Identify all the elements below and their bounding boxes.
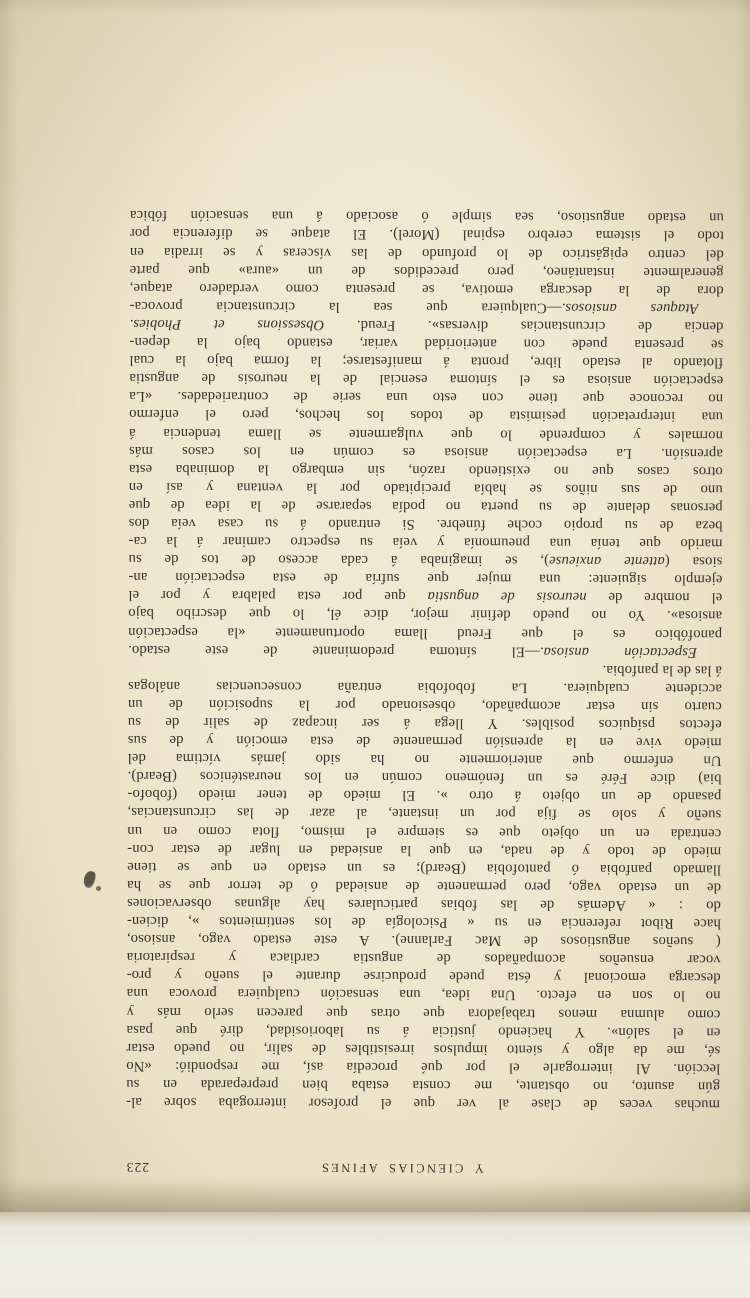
- text-line: todo el sistema cerebro espinal (Morel).…: [130, 224, 724, 245]
- text-line: normales y comprende lo que vulgarmente …: [129, 423, 723, 444]
- text-line: lección. Al interrogarle el por qué proc…: [126, 1057, 720, 1078]
- text-line: descarga emocional y ésta puede producir…: [127, 966, 721, 987]
- text-line: ansiosa». Yo no puedo definir mejor, dic…: [128, 604, 722, 625]
- text-line: Un enfermo que anteriormente no ha sido …: [127, 749, 721, 770]
- text-line: flotando al estado libre, pronta á manif…: [129, 351, 723, 372]
- text-line: Espectación ansiosa.—El síntoma predomin…: [128, 640, 722, 661]
- text-line: sé, me da algo y siento impulsos irresis…: [126, 1039, 720, 1060]
- text-line: aprensión. La espectación ansiosa es com…: [129, 441, 723, 462]
- text-line: marido que tenía una pneumonía y veía su…: [128, 532, 722, 553]
- text-line: accidente cualquiera. La fobofobia entra…: [128, 677, 722, 698]
- page-edge-shadow: [0, 1178, 750, 1212]
- text-line: muchas veces de clase al ver que el prof…: [126, 1093, 720, 1114]
- text-line: gún asunto, no obstante, me consta estab…: [126, 1075, 720, 1096]
- text-line: cuarto sin estar acompañado, obsesionado…: [128, 695, 722, 716]
- text-line: do : « Además de las fobias particulares…: [127, 894, 721, 915]
- page-number: 223: [126, 1159, 149, 1175]
- text-line: una interpretación pesimista de todos lo…: [129, 405, 723, 426]
- text-line: en el salón». Y haciendo justicia á su l…: [126, 1020, 720, 1041]
- text-line: bia) dice Féré es un fenómeno común en l…: [127, 767, 721, 788]
- text-line: no reconoce que tiene con esto una serie…: [129, 387, 723, 408]
- text-line: llamado panfobia ó pantofobia (Beard); e…: [127, 858, 721, 879]
- text-line: miedo de todo y de nada, en que la ansie…: [127, 840, 721, 861]
- text-line: vocar ensueños acompañados de angustia c…: [127, 948, 721, 969]
- body-text: muchas veces de clase al ver que el prof…: [126, 206, 724, 1113]
- text-line: generalmente instantáneo, pero precedido…: [130, 261, 724, 282]
- text-line: pasando de un objeto á otro ». El miedo …: [127, 785, 721, 806]
- text-line: centrada en un objeto que es siempre el …: [127, 821, 721, 842]
- text-line: uno de sus niños se había precipitado po…: [129, 478, 723, 499]
- text-line: ejemplo siguiente: una mujer que sufría …: [128, 568, 722, 589]
- text-line: se presenta puede con anterioridad varia…: [129, 333, 723, 354]
- text-line: el nombre de neurosis de angustia que po…: [128, 586, 722, 607]
- text-line: beza de su propio coche fúnebre. Si entr…: [129, 514, 723, 535]
- text-line: Ataques ansiosos.—Cualquiera que sea la …: [129, 297, 723, 318]
- text-line: siosa (attente anxieuse), se imaginaba á…: [128, 550, 722, 571]
- text-line: á las de la panfobia.: [128, 659, 722, 680]
- text-line: efectos psíquicos posibles. Y llega á se…: [128, 713, 722, 734]
- text-line: dencia de circunstancias diversas». Freu…: [129, 315, 723, 336]
- text-line: ( sueños angustiosos de Mac Farlanne). A…: [127, 930, 721, 951]
- text-line: hace Ribot referencia en su « Psicología…: [127, 912, 721, 933]
- page-scan: Y CIENCIAS AFINES 223 muchas veces de cl…: [0, 0, 750, 1298]
- text-line: del centro epigástrico de lo profundo de…: [130, 242, 724, 263]
- running-header: Y CIENCIAS AFINES: [126, 1159, 720, 1177]
- running-head-row: Y CIENCIAS AFINES 223: [126, 1154, 720, 1177]
- ink-speck: [96, 886, 101, 891]
- text-line: como alumna menos trabajadora que otras …: [126, 1002, 720, 1023]
- text-line: no lo son en efecto. Una idea, una sensa…: [126, 984, 720, 1005]
- text-line: miedo vive en la aprensión permanente de…: [128, 731, 722, 752]
- text-line: espectación ansiosa es el síntoma esenci…: [129, 369, 723, 390]
- scanner-edge-strip: [0, 1212, 750, 1298]
- text-line: personas delante de su puerta no podía s…: [129, 496, 723, 517]
- text-line: un estado angustioso, sea simple ó asoci…: [130, 206, 724, 227]
- text-line: panofóbico es el que Freud llama oportun…: [128, 622, 722, 643]
- text-line: de un estado vago, pero permanente de an…: [127, 876, 721, 897]
- text-line: otros casos que no existiendo razón, sin…: [129, 460, 723, 481]
- text-line: dora de la descarga emotiva, se presenta…: [130, 279, 724, 300]
- text-line: sueño y solo se fija por un instante, al…: [127, 803, 721, 824]
